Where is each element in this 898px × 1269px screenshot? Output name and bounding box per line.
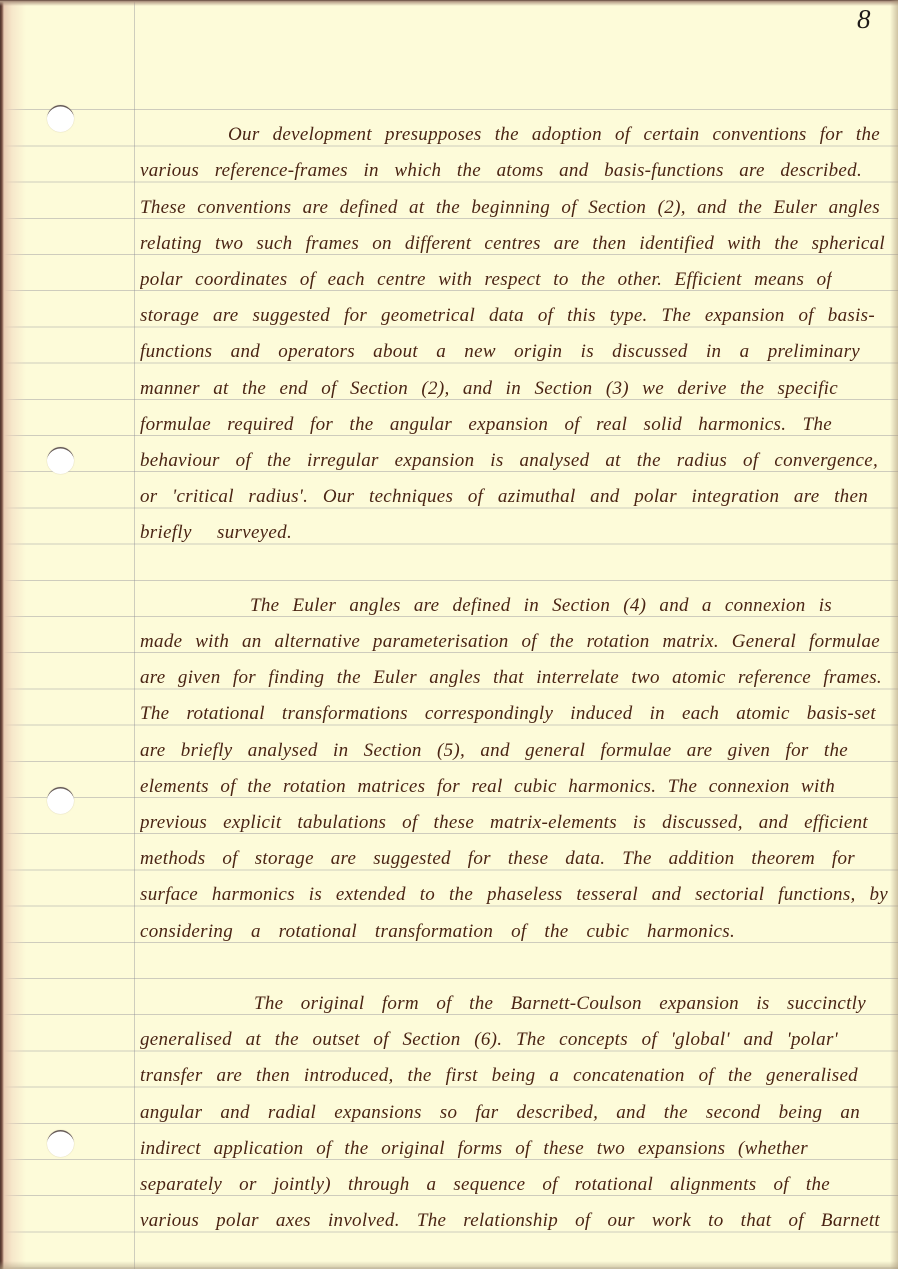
- text-line: polar coordinates of each centre with re…: [140, 268, 832, 292]
- text-line: transfer are then introduced, the first …: [140, 1064, 858, 1088]
- text-line: The original form of the Barnett-Coulson…: [254, 992, 866, 1016]
- text-line: These conventions are defined at the beg…: [140, 196, 880, 220]
- text-line: surface harmonics is extended to the pha…: [140, 883, 888, 907]
- text-line: made with an alternative parameterisatio…: [140, 630, 880, 654]
- text-line: Our development presupposes the adoption…: [228, 123, 880, 147]
- punch-hole: [47, 1130, 74, 1157]
- paper-bottom-edge: [0, 1261, 898, 1269]
- text-line: various polar axes involved. The relatio…: [140, 1209, 880, 1233]
- manuscript-page: 8 Our development presupposes the adopti…: [0, 0, 898, 1269]
- text-line: generalised at the outset of Section (6)…: [140, 1028, 838, 1052]
- margin-line: [134, 0, 135, 1269]
- text-line: relating two such frames on different ce…: [140, 232, 885, 256]
- text-line: considering a rotational transformation …: [140, 920, 735, 944]
- text-line: angular and radial expansions so far des…: [140, 1101, 860, 1125]
- paper-top-edge: [0, 0, 898, 6]
- text-line: methods of storage are suggested for the…: [140, 847, 855, 871]
- text-line: functions and operators about a new orig…: [140, 340, 860, 364]
- paper-left-edge: [0, 0, 26, 1269]
- punch-hole: [47, 105, 74, 132]
- text-line: The Euler angles are defined in Section …: [250, 594, 832, 618]
- text-line: or 'critical radius'. Our techniques of …: [140, 485, 868, 509]
- text-line: manner at the end of Section (2), and in…: [140, 377, 838, 401]
- text-line: previous explicit tabulations of these m…: [140, 811, 868, 835]
- text-line: are briefly analysed in Section (5), and…: [140, 739, 848, 763]
- text-line: formulae required for the angular expans…: [140, 413, 832, 437]
- text-line: various reference-frames in which the at…: [140, 159, 862, 183]
- text-line: separately or jointly) through a sequenc…: [140, 1173, 830, 1197]
- punch-hole: [47, 787, 74, 814]
- text-line: The rotational transformations correspon…: [140, 702, 876, 726]
- text-line: elements of the rotation matrices for re…: [140, 775, 835, 799]
- text-line: indirect application of the original for…: [140, 1137, 808, 1161]
- page-number: 8: [857, 4, 871, 35]
- text-line: briefly surveyed.: [140, 521, 292, 545]
- text-line: storage are suggested for geometrical da…: [140, 304, 875, 328]
- paper-right-edge: [890, 0, 898, 1269]
- punch-hole: [47, 447, 74, 474]
- text-line: are given for finding the Euler angles t…: [140, 666, 882, 690]
- text-line: behaviour of the irregular expansion is …: [140, 449, 878, 473]
